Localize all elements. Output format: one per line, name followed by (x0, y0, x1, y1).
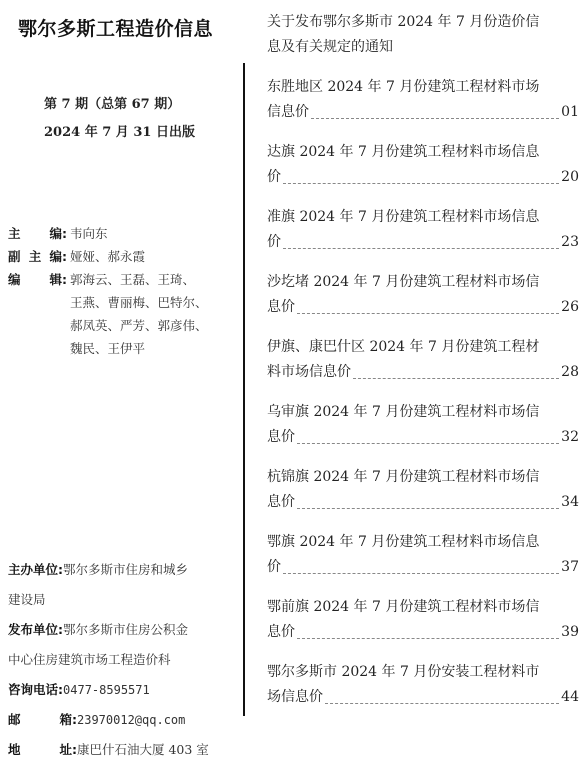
publisher-label: 发布单位 (8, 622, 58, 637)
toc-entry[interactable]: 鄂尔多斯市 2024 年 7 月份安装工程材料市 场信息价44 (267, 660, 579, 710)
sponsor-label: 主办单位 (8, 562, 58, 577)
toc-entry-title: 沙圪堵 2024 年 7 月份建筑工程材料市场信 (267, 270, 579, 295)
staff-row-editors: 编 辑: 郭海云、王磊、王琦、 王燕、曹丽梅、巴特尔、 郝凤英、严芳、郭彦伟、 … (8, 268, 238, 360)
email-row: 邮 箱:23970012@qq.com (8, 705, 238, 735)
toc-entry-title-cont: 价 (267, 165, 281, 190)
toc-entry-title-cont: 料市场信息价 (267, 360, 351, 385)
toc-entry[interactable]: 杭锦旗 2024 年 7 月份建筑工程材料市场信 息价34 (267, 465, 579, 515)
toc-entry-title: 鄂前旗 2024 年 7 月份建筑工程材料市场信 (267, 595, 579, 620)
toc-entry-title-cont: 息价 (267, 490, 295, 515)
email-value: 23970012@qq.com (77, 713, 185, 727)
toc-entry-title: 关于发布鄂尔多斯市 2024 年 7 月份造价信 (267, 10, 579, 35)
dot-leader (297, 443, 559, 444)
toc-page-number: 39 (561, 620, 579, 645)
toc-entry-title-cont: 息价 (267, 295, 295, 320)
dot-leader (325, 703, 559, 704)
toc-entry-title-cont: 息价 (267, 620, 295, 645)
toc-page-number: 34 (561, 490, 579, 515)
dot-leader (297, 638, 559, 639)
publisher-info: 主办单位:鄂尔多斯市住房和城乡 建设局 发布单位:鄂尔多斯市住房公积金 中心住房… (8, 555, 238, 762)
dot-leader (311, 118, 559, 119)
staff-names: 王燕、曹丽梅、巴特尔、 (70, 291, 238, 314)
toc-entry[interactable]: 鄂前旗 2024 年 7 月份建筑工程材料市场信 息价39 (267, 595, 579, 645)
sponsor-value: 鄂尔多斯市住房和城乡 (63, 562, 188, 577)
toc-entry-title: 杭锦旗 2024 年 7 月份建筑工程材料市场信 (267, 465, 579, 490)
phone-value: 0477-8595571 (63, 683, 150, 697)
toc-entry[interactable]: 鄂旗 2024 年 7 月份建筑工程材料市场信息 价37 (267, 530, 579, 580)
toc-entry-title: 鄂旗 2024 年 7 月份建筑工程材料市场信息 (267, 530, 579, 555)
toc-entry-title-cont: 价 (267, 555, 281, 580)
toc-entry-notice[interactable]: 关于发布鄂尔多斯市 2024 年 7 月份造价信 息及有关规定的通知 (267, 10, 579, 60)
publication-date: 2024 年 7 月 31 日出版 (44, 121, 195, 140)
sponsor-row: 主办单位:鄂尔多斯市住房和城乡 (8, 555, 238, 585)
sponsor-row-cont: 建设局 (8, 585, 238, 615)
toc-page-number: 01 (561, 100, 579, 125)
staff-names: 郝凤英、严芳、郭彦伟、 (70, 314, 238, 337)
address-value: 康巴什石油大厦 403 室 (77, 742, 209, 757)
toc-entry-title: 乌审旗 2024 年 7 月份建筑工程材料市场信 (267, 400, 579, 425)
dot-leader (297, 313, 559, 314)
toc-page-number: 44 (561, 685, 579, 710)
email-label: 邮 箱 (8, 705, 72, 735)
toc-page-number: 28 (561, 360, 579, 385)
magazine-contents-page: 鄂尔多斯工程造价信息 第 7 期（总第 67 期） 2024 年 7 月 31 … (0, 0, 588, 762)
staff-label: 编 辑 (8, 268, 62, 360)
magazine-title: 鄂尔多斯工程造价信息 (18, 14, 218, 41)
dot-leader (283, 248, 559, 249)
toc-page-number: 37 (561, 555, 579, 580)
toc-page-number: 26 (561, 295, 579, 320)
toc-entry-title: 达旗 2024 年 7 月份建筑工程材料市场信息 (267, 140, 579, 165)
staff-names: 韦向东 (70, 222, 238, 245)
address-label: 地 址 (8, 735, 72, 762)
dot-leader (297, 508, 559, 509)
staff-row-editor-in-chief: 主 编: 韦向东 (8, 222, 238, 245)
phone-row: 咨询电话:0477-8595571 (8, 675, 238, 705)
dot-leader (283, 573, 559, 574)
address-row: 地 址:康巴什石油大厦 403 室 (8, 735, 238, 762)
toc-entry-title: 东胜地区 2024 年 7 月份建筑工程材料市场 (267, 75, 579, 100)
phone-label: 咨询电话 (8, 682, 58, 697)
staff-row-deputy-editor: 副主编: 娅娅、郝永霞 (8, 245, 238, 268)
staff-names: 娅娅、郝永霞 (70, 245, 238, 268)
toc-entry-title-cont: 信息价 (267, 100, 309, 125)
toc-entry[interactable]: 东胜地区 2024 年 7 月份建筑工程材料市场 信息价01 (267, 75, 579, 125)
table-of-contents: 关于发布鄂尔多斯市 2024 年 7 月份造价信 息及有关规定的通知 东胜地区 … (267, 10, 579, 710)
toc-entry[interactable]: 准旗 2024 年 7 月份建筑工程材料市场信息 价23 (267, 205, 579, 255)
staff-names: 郭海云、王磊、王琦、 (70, 268, 238, 291)
toc-entry-title: 伊旗、康巴什区 2024 年 7 月份建筑工程材 (267, 335, 579, 360)
toc-page-number: 32 (561, 425, 579, 450)
toc-entry-title: 鄂尔多斯市 2024 年 7 月份安装工程材料市 (267, 660, 579, 685)
toc-entry-title-cont: 场信息价 (267, 685, 323, 710)
toc-entry-title: 准旗 2024 年 7 月份建筑工程材料市场信息 (267, 205, 579, 230)
toc-entry[interactable]: 达旗 2024 年 7 月份建筑工程材料市场信息 价20 (267, 140, 579, 190)
editorial-staff: 主 编: 韦向东 副主编: 娅娅、郝永霞 编 辑: 郭海云、王磊、王琦、 王燕、… (8, 222, 238, 360)
staff-names: 魏民、王伊平 (70, 337, 238, 360)
publisher-row: 发布单位:鄂尔多斯市住房公积金 (8, 615, 238, 645)
dot-leader (353, 378, 559, 379)
column-divider (243, 63, 245, 716)
toc-entry-title-cont: 息价 (267, 425, 295, 450)
issue-number: 第 7 期（总第 67 期） (44, 93, 180, 112)
toc-entry[interactable]: 乌审旗 2024 年 7 月份建筑工程材料市场信 息价32 (267, 400, 579, 450)
staff-label: 主 编 (8, 222, 62, 245)
toc-entry-title-cont: 息及有关规定的通知 (267, 35, 579, 60)
toc-entry[interactable]: 沙圪堵 2024 年 7 月份建筑工程材料市场信 息价26 (267, 270, 579, 320)
publisher-row-cont: 中心住房建筑市场工程造价科 (8, 645, 238, 675)
dot-leader (283, 183, 559, 184)
toc-entry[interactable]: 伊旗、康巴什区 2024 年 7 月份建筑工程材 料市场信息价28 (267, 335, 579, 385)
toc-page-number: 23 (561, 230, 579, 255)
toc-entry-title-cont: 价 (267, 230, 281, 255)
publisher-value: 鄂尔多斯市住房公积金 (63, 622, 188, 637)
staff-label: 副主编 (8, 245, 62, 268)
toc-page-number: 20 (561, 165, 579, 190)
